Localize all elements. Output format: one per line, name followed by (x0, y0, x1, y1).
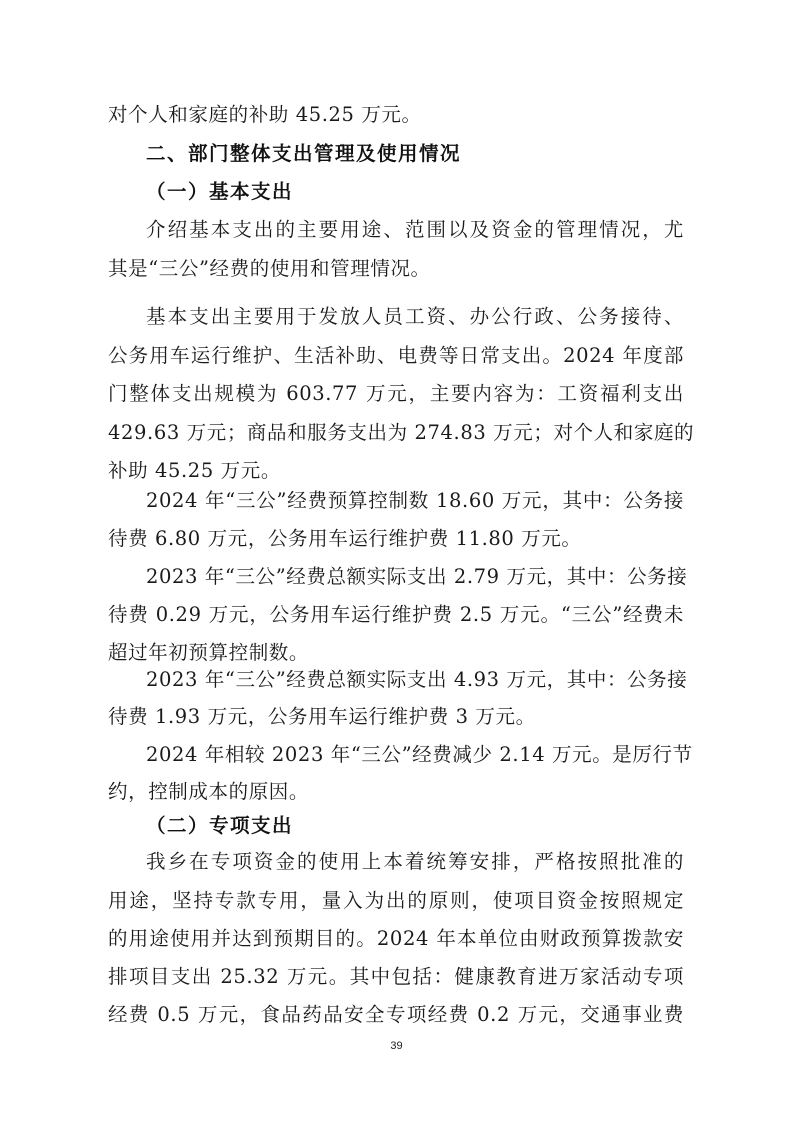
paragraph-line: 基本支出主要用于发放人员工资、办公行政、公务接待、 (146, 302, 684, 332)
paragraph-line: 我乡在专项资金的使用上本着统筹安排，严格按照批准的 (146, 847, 684, 877)
paragraph-line: 其是“三公”经费的使用和管理情况。 (108, 254, 684, 284)
paragraph-line: 经费 0.5 万元，食品药品安全专项经费 0.2 万元，交通事业费 (108, 1000, 684, 1030)
paragraph-line: 用途，坚持专款专用，量入为出的原则，使项目资金按照规定 (108, 886, 684, 916)
document-page: 对个人和家庭的补助 45.25 万元。 二、部门整体支出管理及使用情况 （一）基… (0, 0, 793, 1122)
paragraph-line: 待费 6.80 万元，公务用车运行维护费 11.80 万元。 (108, 524, 684, 554)
paragraph-line: 429.63 万元；商品和服务支出为 274.83 万元；对个人和家庭的 (108, 418, 684, 448)
paragraph-line: 的用途使用并达到预期目的。2024 年本单位由财政预算拨款安 (108, 924, 684, 954)
paragraph-line: 2023 年“三公”经费总额实际支出 4.93 万元，其中：公务接 (146, 665, 684, 695)
paragraph-line: 介绍基本支出的主要用途、范围以及资金的管理情况，尤 (146, 215, 684, 245)
subsection-heading-special-expenditure: （二）专项支出 (146, 811, 293, 841)
subsection-heading-basic-expenditure: （一）基本支出 (146, 177, 293, 207)
paragraph-line: 超过年初预算控制数。 (108, 638, 684, 668)
paragraph-line: 补助 45.25 万元。 (108, 456, 684, 486)
paragraph-line: 待费 1.93 万元，公务用车运行维护费 3 万元。 (108, 702, 684, 732)
paragraph-line: 2023 年“三公”经费总额实际支出 2.79 万元，其中：公务接 (146, 562, 684, 592)
paragraph-line: 待费 0.29 万元，公务用车运行维护费 2.5 万元。“三公”经费未 (108, 600, 684, 630)
paragraph-line: 2024 年相较 2023 年“三公”经费减少 2.14 万元。是厉行节 (146, 740, 684, 770)
paragraph-line: 公务用车运行维护、生活补助、电费等日常支出。2024 年度部 (108, 341, 684, 371)
page-number: 39 (0, 1040, 793, 1052)
paragraph-line: 排项目支出 25.32 万元。其中包括：健康教育进万家活动专项 (108, 962, 684, 992)
paragraph-line: 2024 年“三公”经费预算控制数 18.60 万元，其中：公务接 (146, 486, 684, 516)
paragraph-line: 对个人和家庭的补助 45.25 万元。 (108, 100, 684, 130)
paragraph-line: 门整体支出规模为 603.77 万元，主要内容为：工资福利支出 (108, 379, 684, 409)
paragraph-line: 约，控制成本的原因。 (108, 777, 684, 807)
section-heading: 二、部门整体支出管理及使用情况 (146, 139, 461, 169)
